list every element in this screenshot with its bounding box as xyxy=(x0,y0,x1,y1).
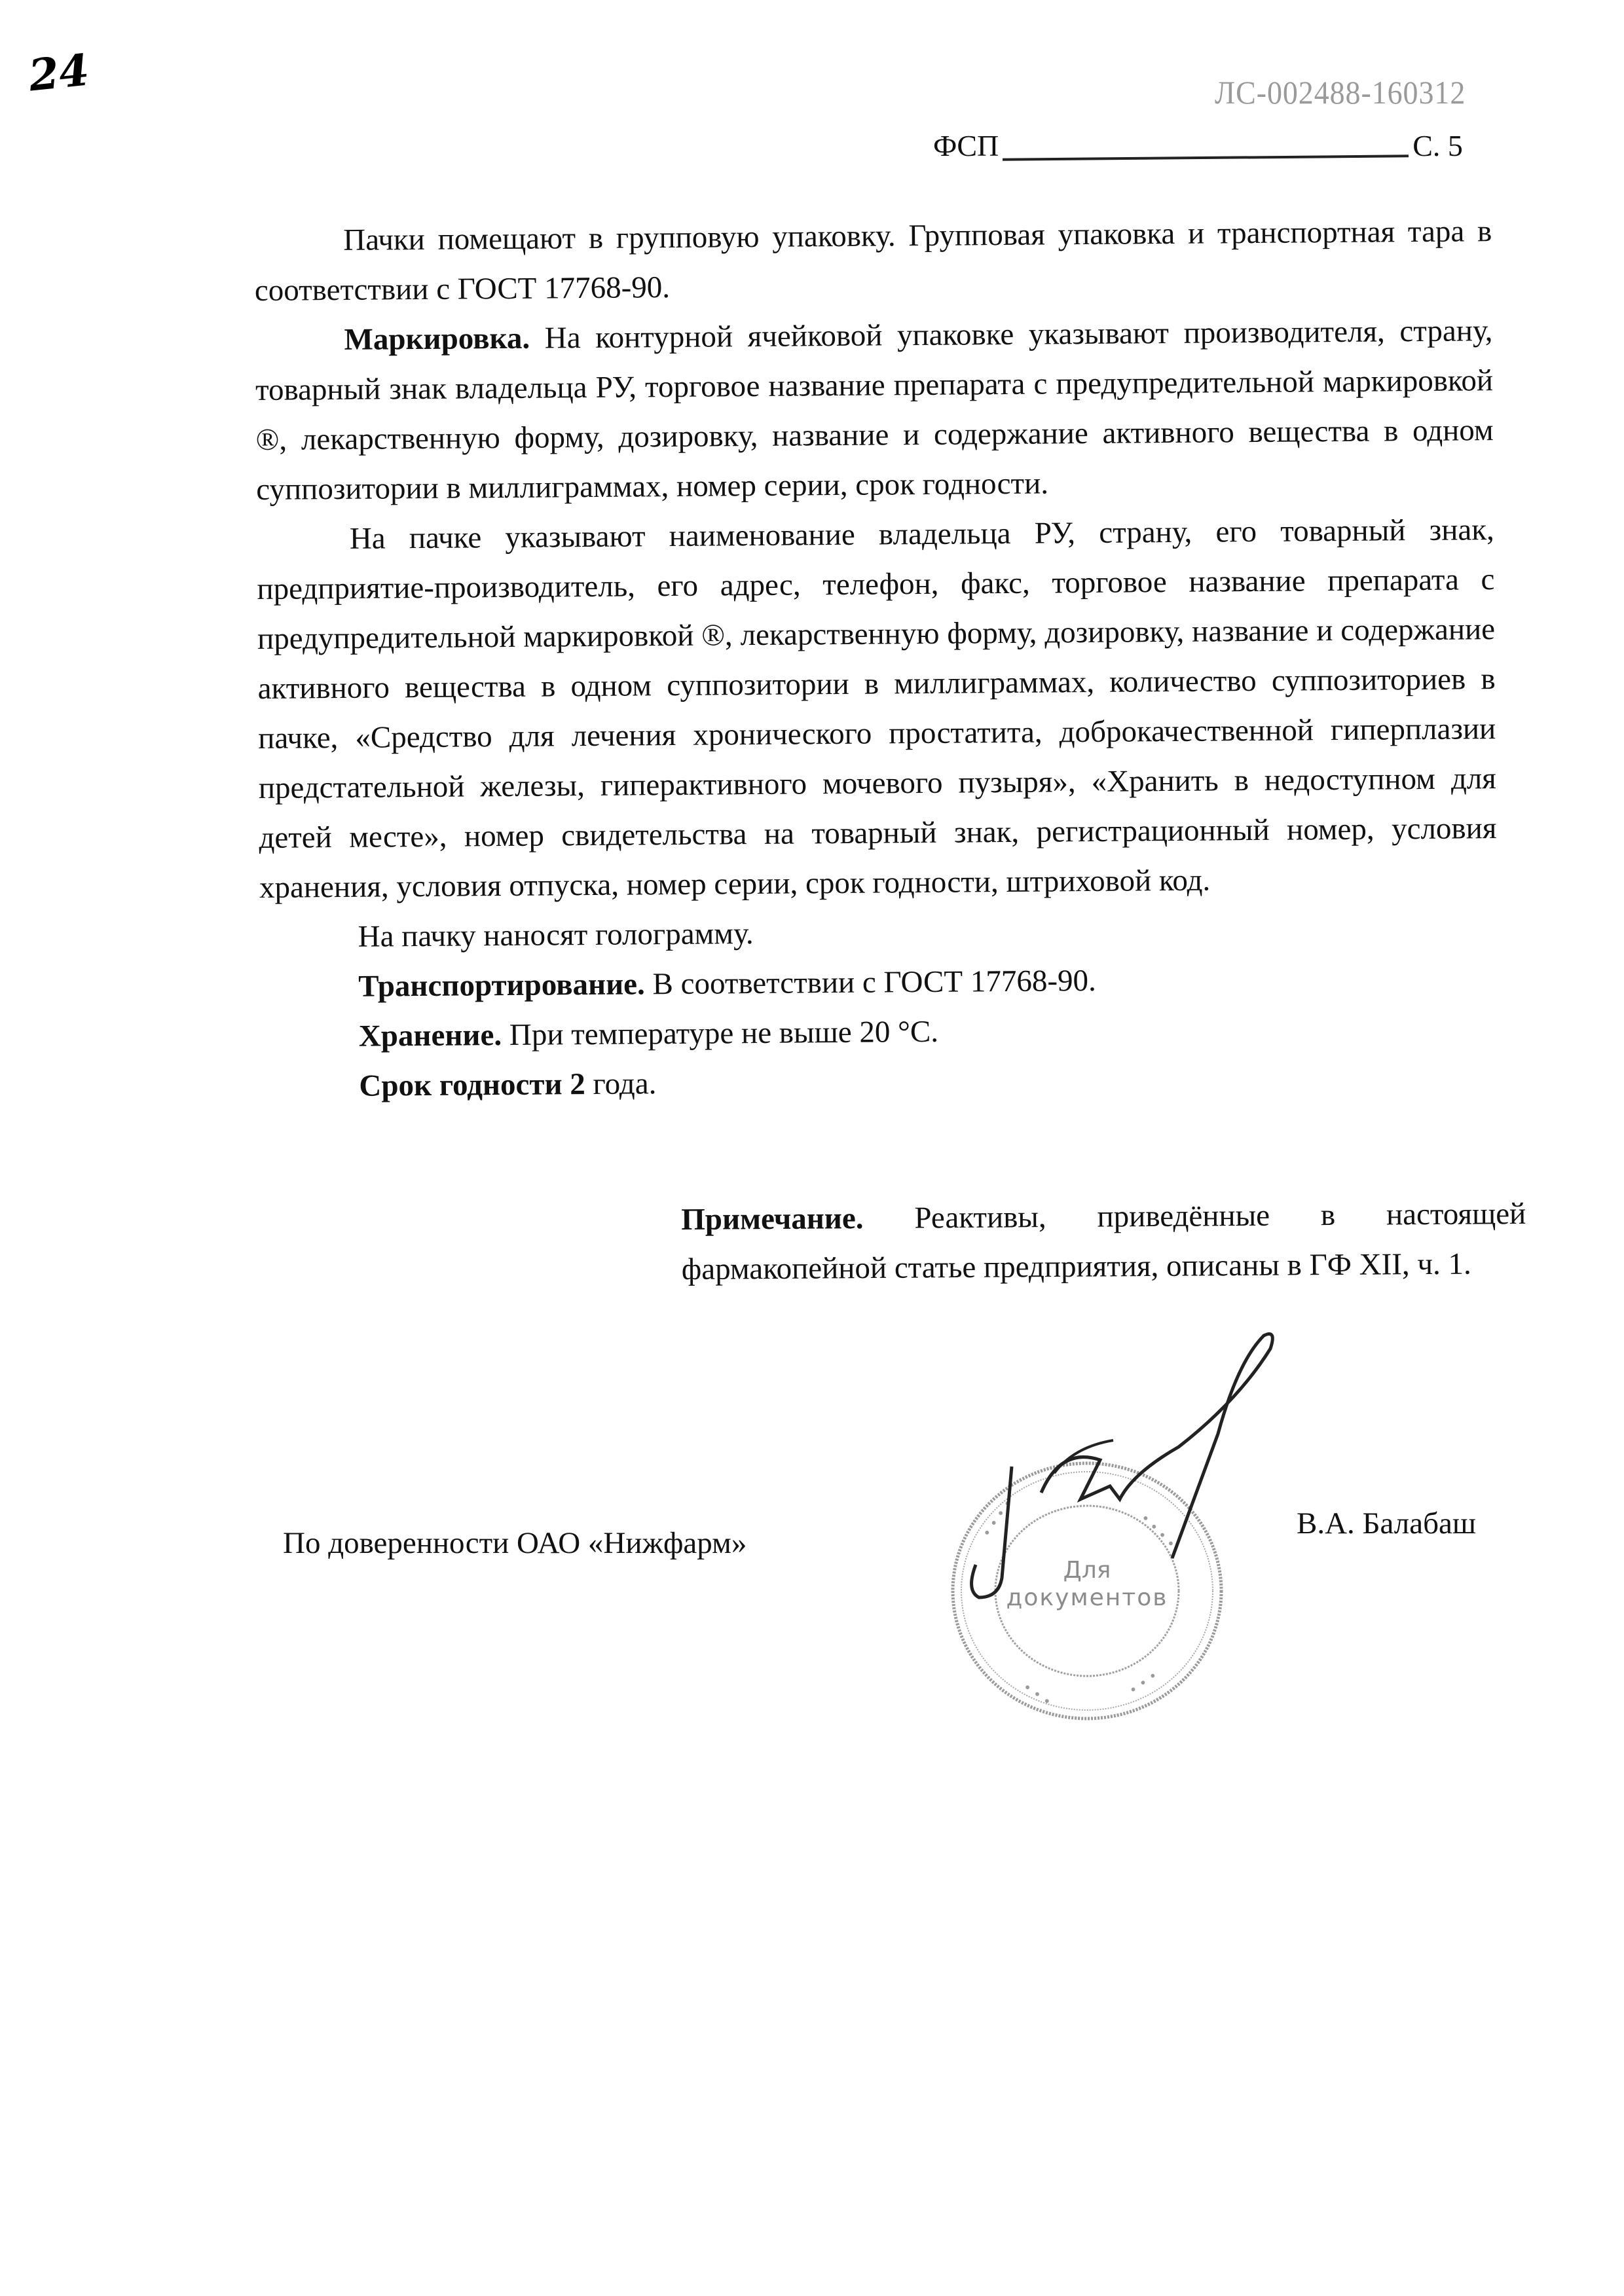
page-label: С. 5 xyxy=(1412,128,1463,163)
signature-scribble-icon xyxy=(963,1322,1329,1611)
fsp-number-blank-line xyxy=(1003,155,1409,160)
paragraph-packaging: Пачки помещают в групповую упаковку. Гру… xyxy=(254,206,1492,316)
paragraph-hologram: На пачку наносят голограмму. xyxy=(259,903,1498,962)
registration-number: ЛС-002488-160312 xyxy=(1215,73,1466,111)
section-heading-marking: Маркировка. xyxy=(344,321,530,357)
paragraph-text: На пачку наносят голограмму. xyxy=(358,917,753,954)
section-heading-transportation: Транспортирование. xyxy=(358,967,645,1003)
fsp-label: ФСП xyxy=(933,128,999,163)
paragraph-text: В соответствии с ГОСТ 17768-90. xyxy=(645,964,1096,1001)
svg-text:• • •: • • • xyxy=(1126,1667,1160,1698)
note-heading: Примечание. xyxy=(681,1201,864,1237)
paragraph-transportation: Транспортирование. В соответствии с ГОСТ… xyxy=(260,953,1498,1012)
document-body: Пачки помещают в групповую упаковку. Гру… xyxy=(254,206,1499,1112)
section-heading-shelf-life: Срок годности 2 xyxy=(359,1067,585,1103)
paragraph-shelf-life: Срок годности 2 года. xyxy=(261,1052,1499,1112)
paragraph-storage: Хранение. При температуре не выше 20 °С. xyxy=(261,1002,1499,1062)
handwritten-page-number: 24 xyxy=(26,44,92,101)
paragraph-text: На пачке указывают наименование владельц… xyxy=(257,513,1496,905)
paragraph-box-marking: На пачке указывают наименование владельц… xyxy=(257,505,1498,913)
section-heading-storage: Хранение. xyxy=(359,1018,502,1053)
authority-line: По доверенности ОАО «Нижфарм» xyxy=(283,1525,747,1561)
paragraph-text: При температуре не выше 20 °С. xyxy=(502,1015,938,1052)
paragraph-text: Пачки помещают в групповую упаковку. Гру… xyxy=(255,214,1492,308)
signatory-name: В.А. Балабаш xyxy=(1297,1506,1476,1541)
note-block: Примечание. Реактивы, приведённые в наст… xyxy=(681,1189,1526,1294)
fsp-header-line: ФСП С. 5 xyxy=(933,128,1463,163)
handwritten-signature xyxy=(963,1322,1329,1611)
paragraph-text: года. xyxy=(585,1066,657,1101)
paragraph-marking: Маркировка. На контурной ячейковой упако… xyxy=(255,306,1494,515)
note-paragraph: Примечание. Реактивы, приведённые в наст… xyxy=(681,1189,1526,1294)
